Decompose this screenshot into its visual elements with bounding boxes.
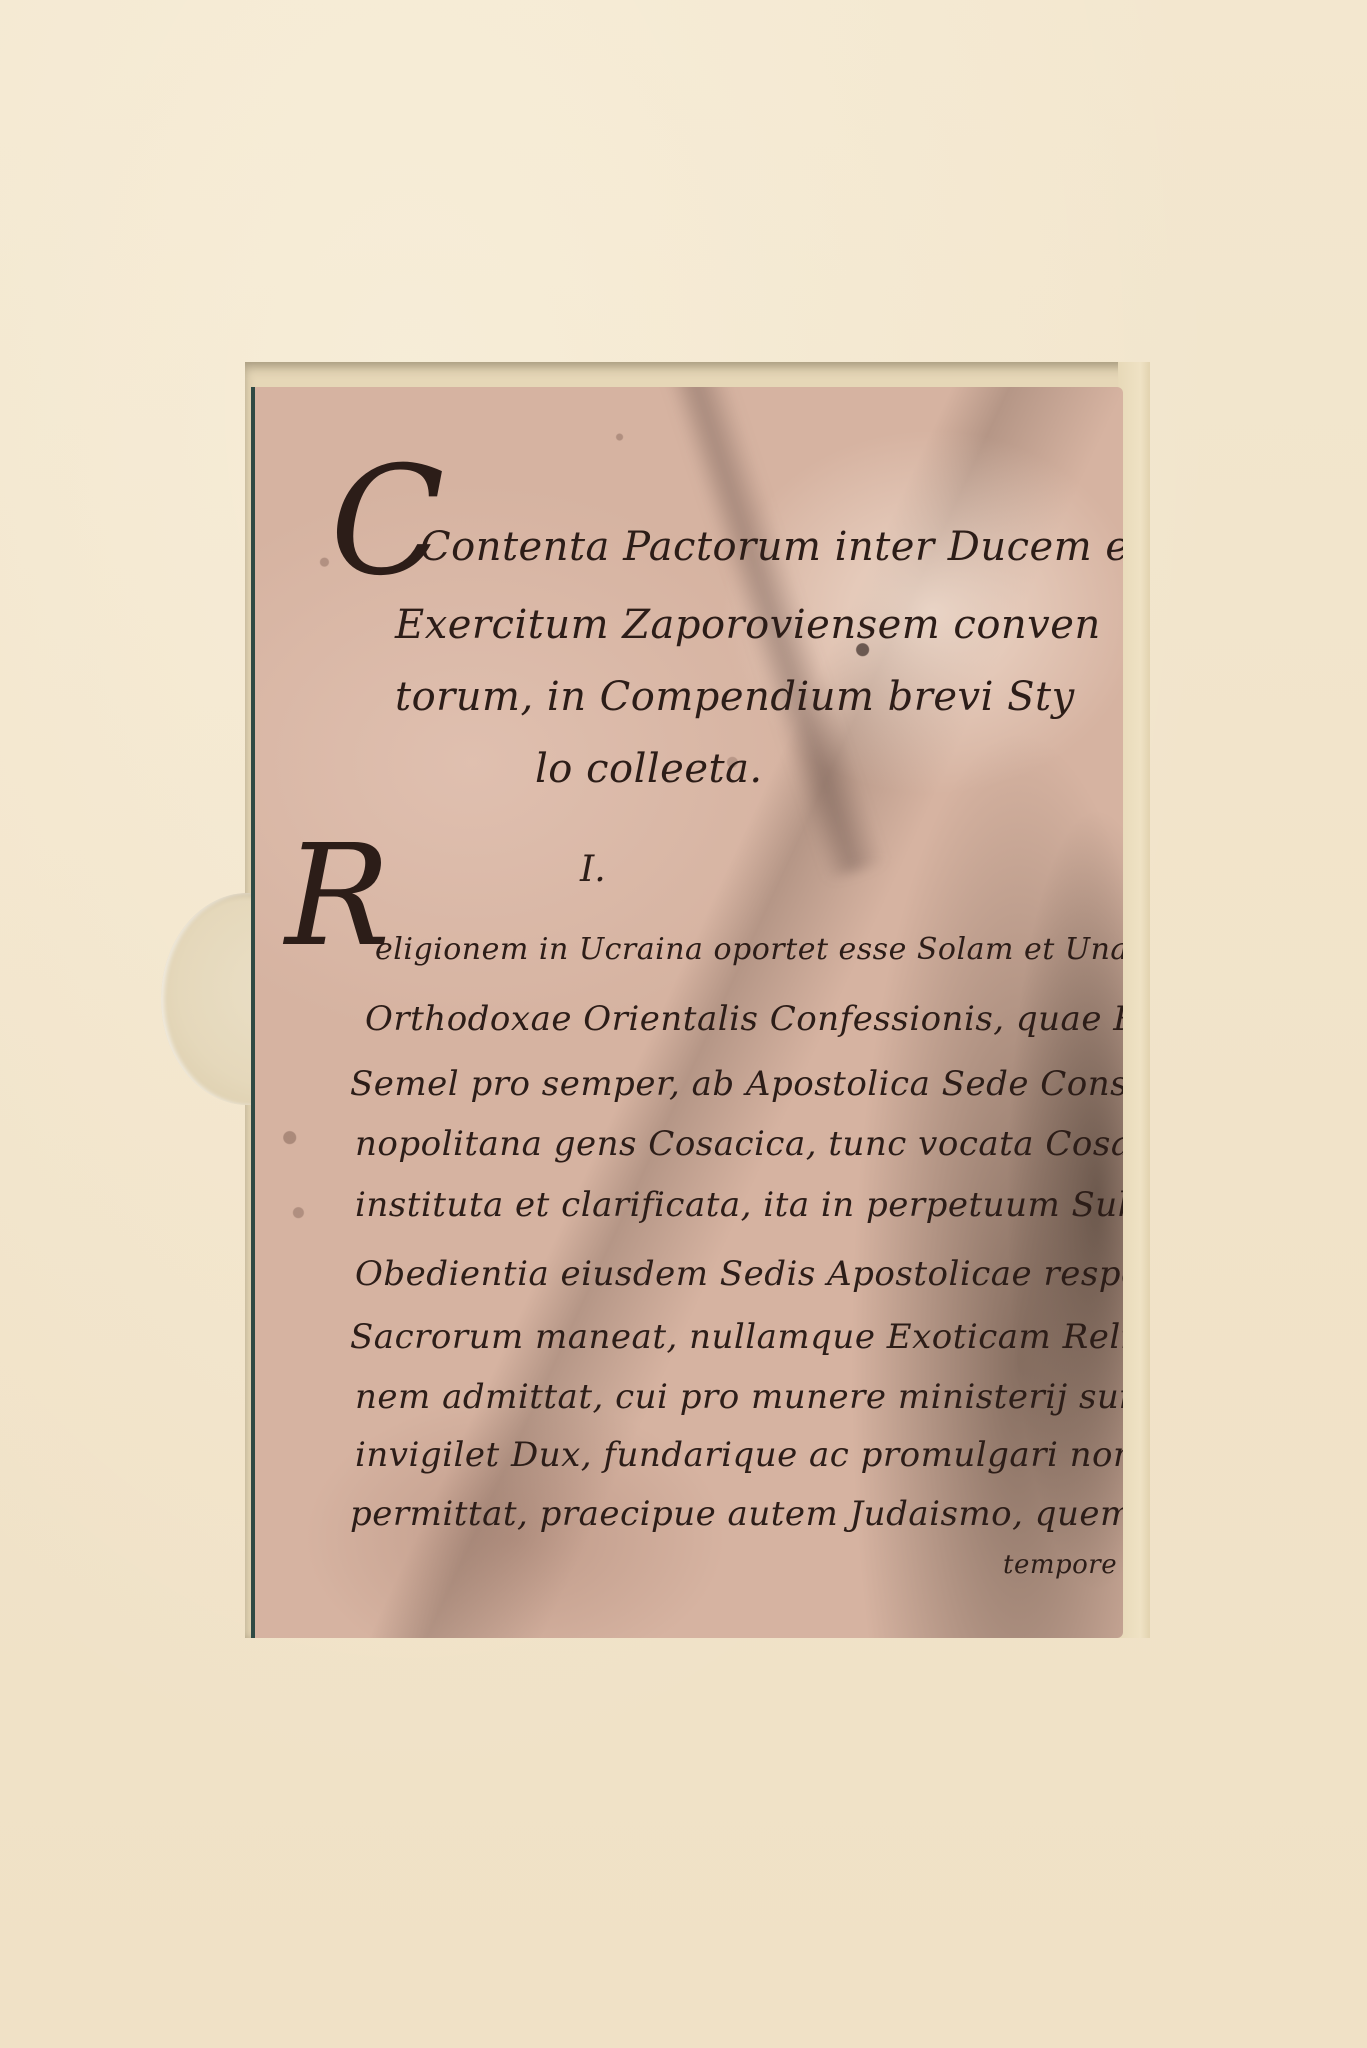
body-line-2: Orthodoxae Orientalis Confessionis, quae… xyxy=(365,1002,1123,1036)
body-line-10: permittat, praecipue autem Judaismo, que… xyxy=(350,1497,1123,1531)
body-line-1: eligionem in Ucraina oportet esse Solam … xyxy=(375,935,1123,965)
title-line-2: Exercitum Zaporoviensem conven xyxy=(395,605,1101,645)
section-number: I. xyxy=(580,849,606,890)
body-line-9: invigilet Dux, fundarique ac promulgari … xyxy=(355,1438,1123,1472)
title-line-1-text: Contenta Pactorum inter Ducem et xyxy=(420,524,1123,570)
body-line-6: Obedientia eiusdem Sedis Apostolicae res… xyxy=(355,1257,1123,1291)
title-line-3: torum, in Compendium brevi Sty xyxy=(395,677,1075,717)
body-line-3: Semel pro semper, ab Apostolica Sede Con… xyxy=(350,1067,1123,1101)
title-line-1: Contenta Pactorum inter Ducem et xyxy=(420,527,1123,567)
title-initial: C xyxy=(330,447,445,597)
body-line-7: Sacrorum maneat, nullamque Exoticam Reli… xyxy=(350,1320,1123,1354)
body-line-5: instituta et clarificata, ita in perpetu… xyxy=(355,1188,1123,1222)
catchword: tempore xyxy=(1003,1552,1117,1578)
title-line-4: lo colleeta. xyxy=(535,749,763,789)
manuscript-text: C Contenta Pactorum inter Ducem et Exerc… xyxy=(255,387,1123,1638)
body-line-4: nopolitana gens Cosacica, tunc vocata Co… xyxy=(355,1127,1123,1161)
manuscript-page: C Contenta Pactorum inter Ducem et Exerc… xyxy=(251,387,1123,1638)
body-line-8: nem admittat, cui pro munere ministerij … xyxy=(355,1380,1123,1414)
